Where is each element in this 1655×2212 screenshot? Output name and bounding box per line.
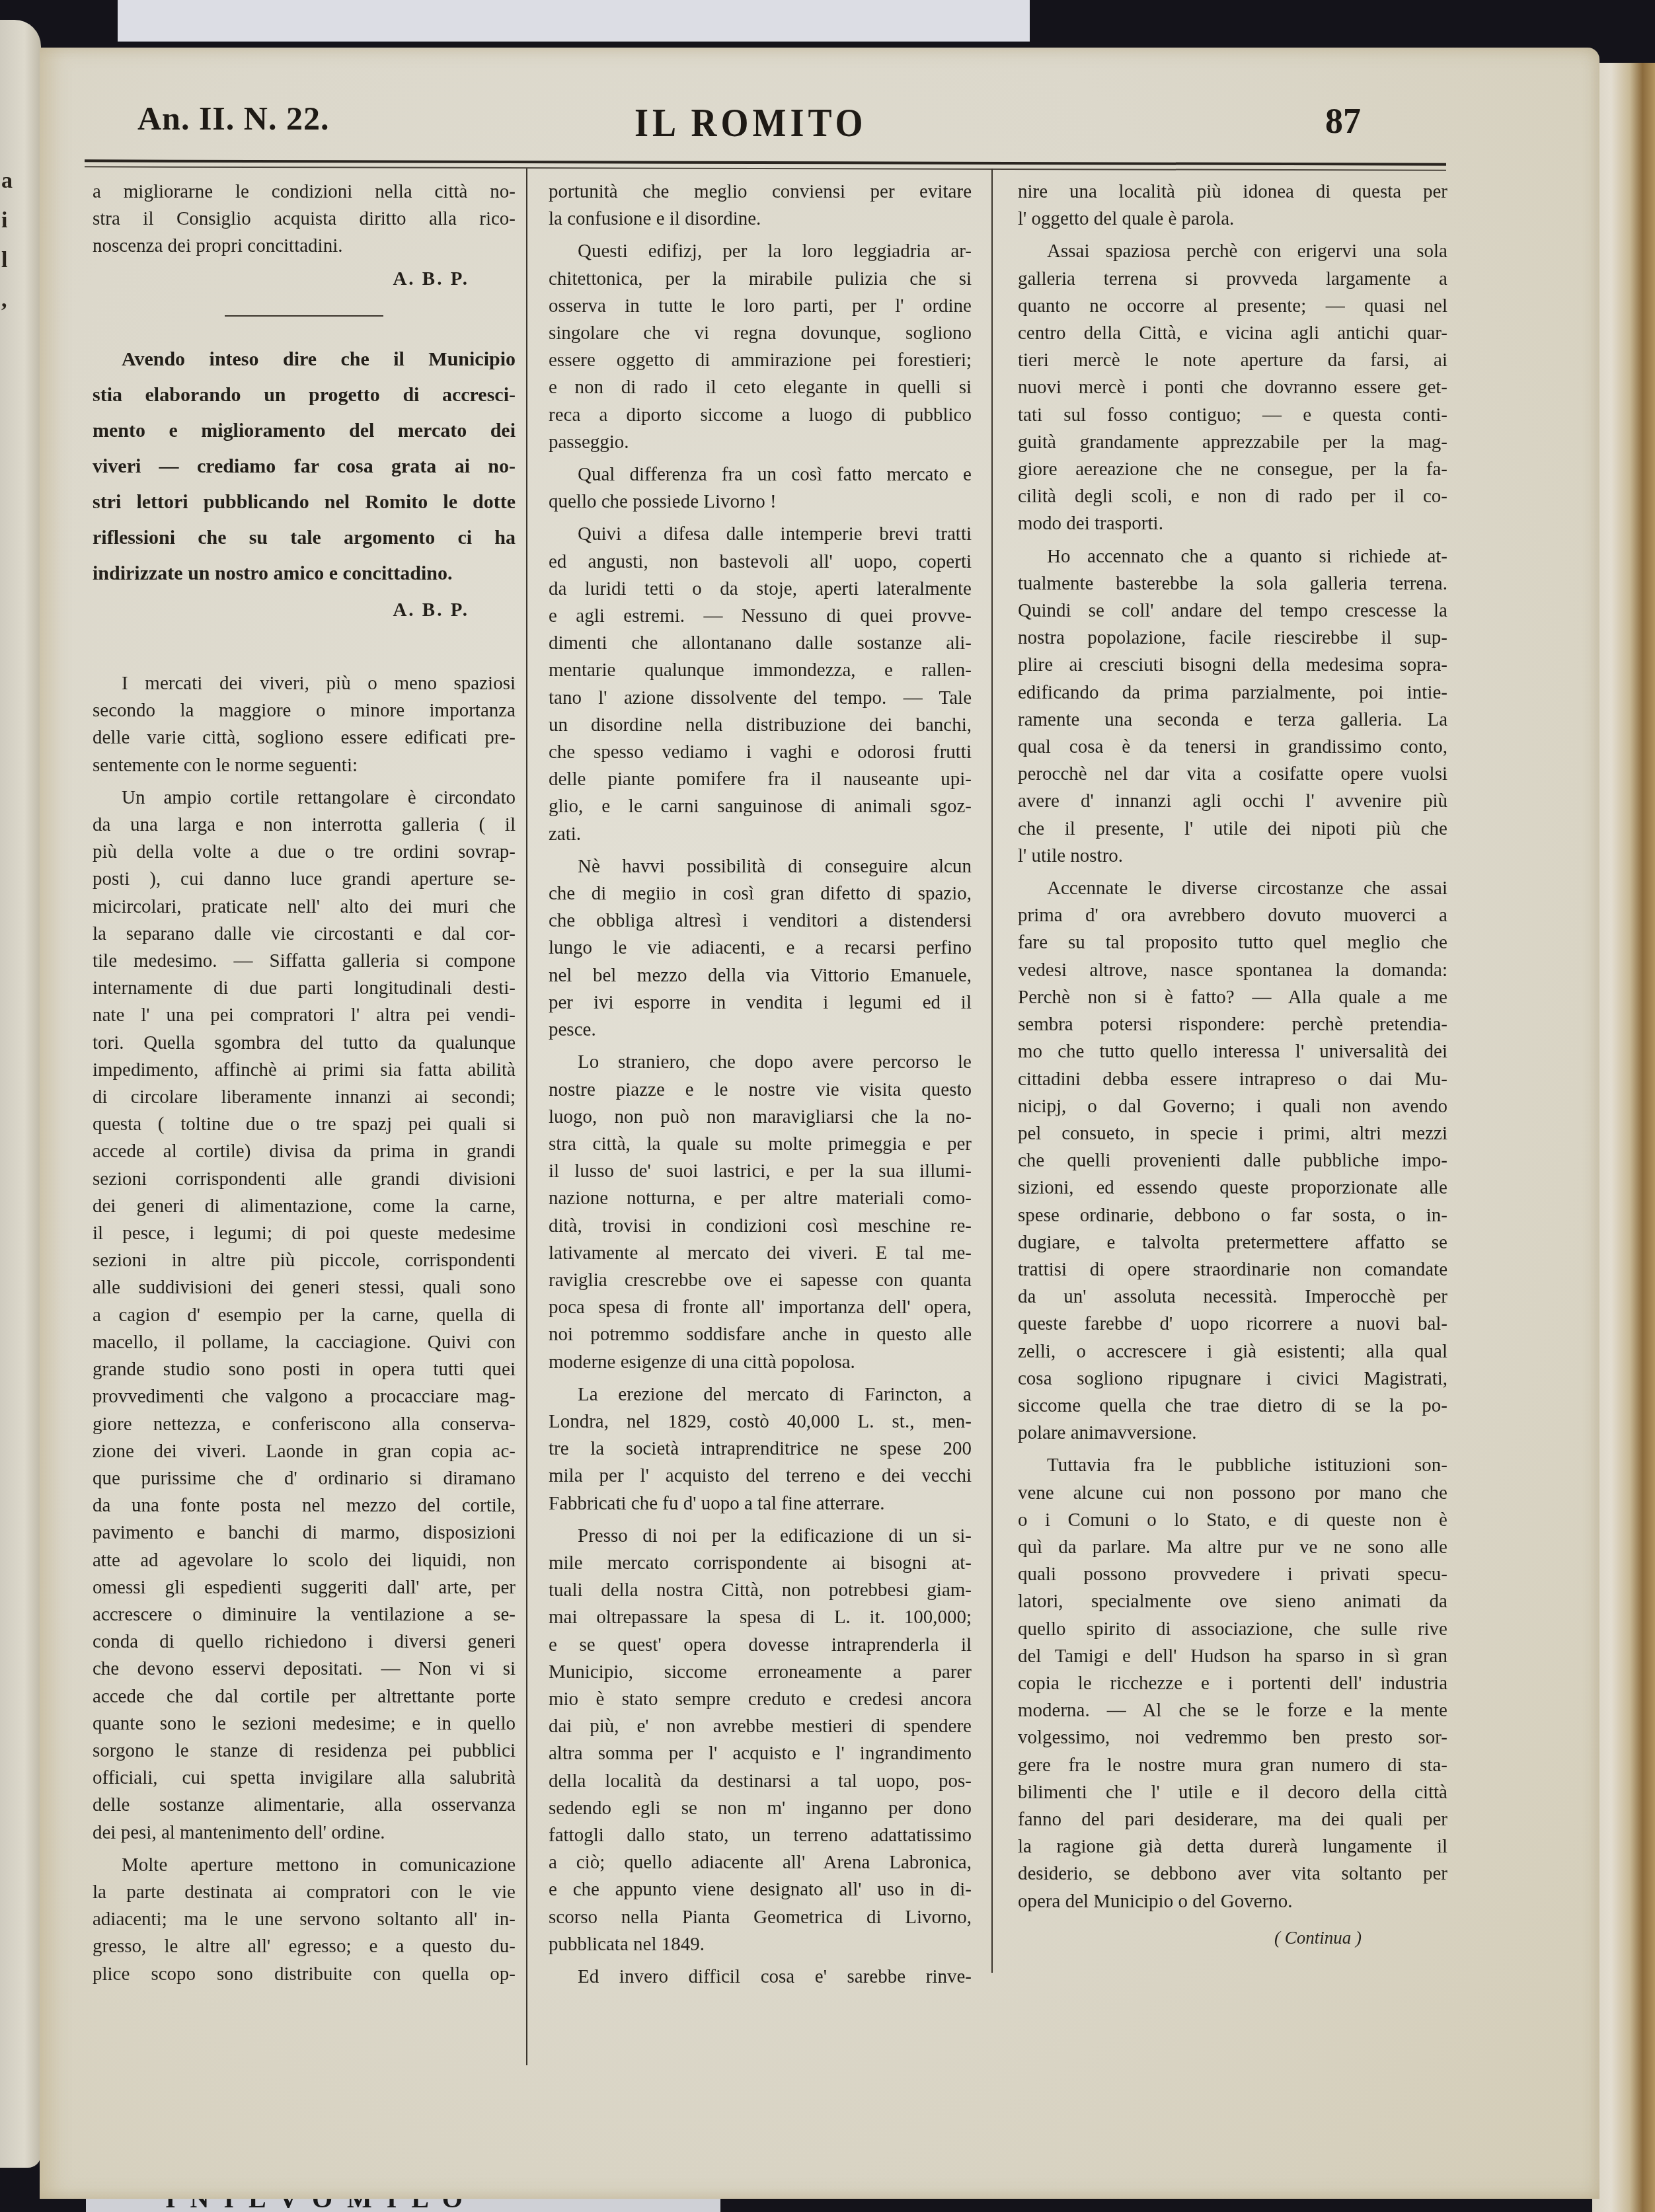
article-paragraph: Molte aperture mettono in comunicazionel…: [93, 1852, 516, 1988]
text-line: mentarie qualunque immondezza, e rallen-: [549, 657, 972, 684]
text-line: quello spirito di associazione, che sull…: [1018, 1616, 1447, 1643]
text-line: tano l' azione dissolvente del tempo. — …: [549, 685, 972, 712]
text-line: l' utile nostro.: [1018, 843, 1447, 870]
text-line: quante sono le sezioni medesime; e in qu…: [93, 1710, 516, 1737]
text-line: chitettonica, per la mirabile pulizia ch…: [549, 266, 972, 293]
text-line: a migliorarne le condizioni nella città …: [93, 178, 516, 206]
text-line: delle sostanze alimentarie, alla osserva…: [93, 1792, 516, 1819]
text-line: perocchè nel dar vita a cosifatte opere …: [1018, 761, 1447, 788]
article-paragraph: Ed invero difficil cosa e' sarebbe rinve…: [549, 1964, 972, 1991]
text-line: giore nettezza, e conferiscono alla cons…: [93, 1411, 516, 1438]
text-line: da un' assoluta necessità. Imperocchè pe…: [1018, 1283, 1447, 1311]
text-line: glio, e le carni sanguinose di animali s…: [549, 793, 972, 820]
issue-number: An. II. N. 22.: [137, 99, 329, 137]
text-line: modo dei trasporti.: [1018, 510, 1447, 537]
text-line: per ivi esporre in vendita i legumi ed i…: [549, 989, 972, 1016]
page-number: 87: [1325, 100, 1361, 141]
text-line: nuovi mercè i ponti che dovranno essere …: [1018, 374, 1447, 401]
text-line: centro della Città, e vicina agli antich…: [1018, 320, 1447, 347]
text-line: sorgono le stanze di residenza pei pubbl…: [93, 1737, 516, 1765]
text-line: mento e miglioramento del mercato dei: [93, 413, 516, 449]
masthead-double-rule: [85, 159, 1446, 171]
text-line: delle piante pomifere fra il nauseante u…: [549, 766, 972, 793]
text-line: dai più, e' non avrebbe mestieri di spen…: [549, 1713, 972, 1740]
text-line: che il presente, l' utile dei nipoti più…: [1018, 816, 1447, 843]
text-line: sedendo egli se non m' inganno per dono: [549, 1795, 972, 1822]
text-line: Quindi se coll' andare del tempo cresces…: [1018, 597, 1447, 625]
text-line: tieri mercè le note aperture da farsi, a…: [1018, 347, 1447, 374]
text-line: vene alcune cui non possono por mano che: [1018, 1480, 1447, 1507]
column-divider: [991, 169, 993, 1973]
author-signature: A. B. P.: [93, 266, 516, 293]
text-line: volgessimo, noi vedremmo ben presto sor-: [1018, 1724, 1447, 1751]
article-paragraph: a migliorarne le condizioni nella città …: [93, 178, 516, 260]
text-line: sentemente con le norme seguenti:: [93, 752, 516, 779]
text-line: Lo straniero, che dopo avere percorso le: [549, 1049, 972, 1076]
text-line: sizioni, ed essendo queste proporzionate…: [1018, 1174, 1447, 1201]
text-line: nate l' una pei compratori l' altra pei …: [93, 1002, 516, 1029]
text-line: questa ( toltine due o tre spazj pei qua…: [93, 1111, 516, 1138]
text-line: grande studio sono posti in opera tutti …: [93, 1356, 516, 1383]
continued-notice: ( Continua ): [1018, 1925, 1447, 1952]
text-line: ed angusti, non bastevoli all' uopo, cop…: [549, 549, 972, 576]
author-signature: A. B. P.: [93, 597, 516, 624]
text-line: edificando da prima parzialmente, poi in…: [1018, 679, 1447, 706]
text-line: la confusione e il disordine.: [549, 206, 972, 233]
text-line: da una larga e non interrotta galleria (…: [93, 812, 516, 839]
text-line: viveri — crediamo far cosa grata ai no-: [93, 449, 516, 484]
text-line: Nè havvi possibilità di conseguire alcun: [549, 853, 972, 880]
text-line: e se quest' opera dovesse intraprenderla…: [549, 1632, 972, 1659]
text-line: mile mercato corrispondente ai bisogni a…: [549, 1550, 972, 1577]
text-line: omessi gli espedienti suggeriti dall' ar…: [93, 1574, 516, 1601]
text-line: atte ad agevolare lo scolo dei liquidi, …: [93, 1547, 516, 1574]
text-line: posti ), cui danno luce grandi aperture …: [93, 866, 516, 893]
text-line: indirizzate un nostro amico e concittadi…: [93, 556, 516, 591]
text-line: nostre piazze e le nostre vie visita que…: [549, 1077, 972, 1104]
text-line: un disordine nella distribuzione dei ban…: [549, 712, 972, 739]
text-line: polare animavversione.: [1018, 1420, 1447, 1447]
text-line: opera del Municipio o del Governo.: [1018, 1888, 1447, 1915]
facing-page-fragment: a: [1, 169, 13, 194]
facing-page-fragment: i: [1, 208, 7, 233]
text-line: moderna. — Al che se le forze e la mente: [1018, 1697, 1447, 1724]
text-line: tuali della nostra Città, non potrebbesi…: [549, 1577, 972, 1604]
text-line: pesce.: [549, 1016, 972, 1044]
text-line: mio è stato sempre creduto e credesi anc…: [549, 1686, 972, 1713]
text-line: fare su tal proposito tutto quel meglio …: [1018, 929, 1447, 956]
text-line: noi potremmo soddisfare anche in questo …: [549, 1321, 972, 1348]
text-line: luogo, non può non maravigliarsi che la …: [549, 1104, 972, 1131]
text-line: accede che dal cortile per altrettante p…: [93, 1683, 516, 1710]
text-line: poca spesa di fronte all' importanza del…: [549, 1294, 972, 1321]
text-line: quali possono provvedere i privati specu…: [1018, 1561, 1447, 1588]
text-line: stra città, la quale su molte primeggia …: [549, 1131, 972, 1158]
text-line: Ed invero difficil cosa e' sarebbe rinve…: [549, 1964, 972, 1991]
text-line: Avendo inteso dire che il Municipio: [93, 342, 516, 377]
column-2: portunità che meglio conviensi per evita…: [549, 178, 972, 1996]
facing-page-edge: a i l ,: [0, 20, 41, 2168]
text-line: internamente di due parti longitudinali …: [93, 975, 516, 1002]
text-line: e che appunto viene designato all' uso i…: [549, 1876, 972, 1903]
article-paragraph: I mercati dei viveri, più o meno spazios…: [93, 670, 516, 779]
text-line: che obbliga altresì i venditori a disten…: [549, 907, 972, 934]
text-line: singolare che vi regna dovunque, soglion…: [549, 320, 972, 347]
text-line: dugiare, e talvolta pretermettere affatt…: [1018, 1229, 1447, 1256]
text-line: il lusso de' suoi lastrici, e per la sua…: [549, 1158, 972, 1185]
text-line: tile medesimo. — Siffatta galleria si co…: [93, 948, 516, 975]
text-line: gresso, le altre all' egresso; e a quest…: [93, 1933, 516, 1960]
text-line: portunità che meglio conviensi per evita…: [549, 178, 972, 206]
text-line: galleria terrena si provveda largamente …: [1018, 266, 1447, 293]
text-line: quì da parlare. Ma altre pur ve ne sono …: [1018, 1534, 1447, 1561]
facing-page-fragment: ,: [1, 287, 7, 313]
text-line: e agli estremi. — Nessuno di quei provve…: [549, 603, 972, 630]
text-line: zati.: [549, 821, 972, 848]
text-line: Fabbricati che fu d' uopo a tal fine att…: [549, 1490, 972, 1517]
text-line: da una fonte posta nel mezzo del cortile…: [93, 1492, 516, 1519]
text-line: cosa sogliono ripugnare i civici Magistr…: [1018, 1365, 1447, 1392]
text-line: trattisi di opere straordinarie non coma…: [1018, 1256, 1447, 1283]
text-line: da luridi tetti o da stoje, aperti later…: [549, 576, 972, 603]
text-line: secondo la maggiore o minore importanza: [93, 697, 516, 724]
text-line: lativamente al mercato dei viveri. E tal…: [549, 1240, 972, 1267]
text-line: zione dei viveri. Laonde in gran copia a…: [93, 1438, 516, 1465]
text-line: nel bel mezzo della via Vittorio Emanuel…: [549, 962, 972, 989]
text-line: cittadini debba essere intrapreso o dai …: [1018, 1066, 1447, 1093]
text-line: desiderio, se debbono aver vita soltanto…: [1018, 1860, 1447, 1888]
text-line: plire ai cresciuti bisogni della medesim…: [1018, 652, 1447, 679]
text-line: giore aereazione che ne consegue, per la…: [1018, 456, 1447, 483]
text-line: officiali, cui spetta invigilare alla sa…: [93, 1765, 516, 1792]
text-line: mai oltrepassare la spesa di L. it. 100,…: [549, 1604, 972, 1631]
text-line: Tuttavia fra le pubbliche istituzioni so…: [1018, 1452, 1447, 1479]
text-line: noscenza dei propri concittadini.: [93, 233, 516, 260]
text-line: lungo le vie adiacenti, e a recarsi perf…: [549, 934, 972, 962]
text-line: la parte destinata ai compratori con le …: [93, 1879, 516, 1906]
text-line: avere d' innanzi agli occhi l' avvenire …: [1018, 788, 1447, 815]
text-line: I mercati dei viveri, più o meno spazios…: [93, 670, 516, 697]
article-paragraph: La erezione del mercato di Farincton, aL…: [549, 1381, 972, 1517]
text-line: Ho accennato che a quanto si richiede at…: [1018, 543, 1447, 570]
editorial-intro-paragraph: Avendo inteso dire che il Municipiostia …: [93, 342, 516, 591]
text-line: fattogli dallo stato, un terreno adattat…: [549, 1822, 972, 1849]
article-paragraph: Qual differenza fra un così fatto mercat…: [549, 461, 972, 515]
text-line: guità grandamente apprezzabile per la ma…: [1018, 429, 1447, 456]
text-line: Municipio, siccome erroneamente a parer: [549, 1659, 972, 1686]
masthead: An. II. N. 22. IL ROMITO 87: [40, 99, 1599, 152]
text-line: Quivi a difesa dalle intemperie brevi tr…: [549, 521, 972, 548]
article-paragraph: Quivi a difesa dalle intemperie brevi tr…: [549, 521, 972, 847]
text-line: sembra potersi rispondere: perchè preten…: [1018, 1011, 1447, 1038]
text-line: della località da destinarsi a tal uopo,…: [549, 1768, 972, 1795]
article-paragraph: Presso di noi per la edificazione di un …: [549, 1523, 972, 1958]
article-paragraph: Un ampio cortile rettangolare è circonda…: [93, 784, 516, 1847]
text-line: Accennate le diverse circostanze che ass…: [1018, 875, 1447, 902]
article-paragraph: nire una località più idonea di questa p…: [1018, 178, 1447, 233]
text-line: vedesi altrove, nasce spontanea la doman…: [1018, 957, 1447, 984]
text-line: cilità degli scoli, e non di rado per il…: [1018, 483, 1447, 510]
text-line: a ciò; quello adiacente all' Arena Labro…: [549, 1849, 972, 1876]
article-paragraph: portunità che meglio conviensi per evita…: [549, 178, 972, 233]
article-paragraph: Lo straniero, che dopo avere percorso le…: [549, 1049, 972, 1375]
text-line: Perchè non si è fatto? — Alla quale a me: [1018, 984, 1447, 1011]
text-line: più della volte a due o tre ordini sovra…: [93, 839, 516, 866]
text-line: fanno del pari desiderare, ma dei quali …: [1018, 1806, 1447, 1833]
text-line: quello che possiede Livorno !: [549, 488, 972, 515]
text-line: tre la società intraprenditrice ne spese…: [549, 1435, 972, 1463]
text-line: dimenti che allontanano dalle sostanze a…: [549, 630, 972, 657]
text-line: pavimento e banchi di marmo, disposizion…: [93, 1519, 516, 1546]
column-3: nire una località più idonea di questa p…: [1018, 178, 1447, 1952]
text-line: sezioni in altre più piccole, corrispond…: [93, 1247, 516, 1274]
text-line: impedimento, affinchè ai primi sia fatta…: [93, 1057, 516, 1084]
text-line: il pesce, i legumi; di poi queste medesi…: [93, 1220, 516, 1247]
text-line: e non di rado il ceto elegante in quelli…: [549, 374, 972, 401]
text-line: essere oggetto di ammirazione pei forest…: [549, 347, 972, 374]
text-line: che devono esservi depositati. — Non vi …: [93, 1656, 516, 1683]
text-line: tori. Quella sgombra del tutto da qualun…: [93, 1030, 516, 1057]
text-line: plice scopo sono distribuite con quella …: [93, 1961, 516, 1988]
text-line: che di megiio in così gran difetto di sp…: [549, 880, 972, 907]
text-line: la ragione già detta durerà lungamente i…: [1018, 1833, 1447, 1860]
text-line: qual cosa è da tenersi in grandissimo co…: [1018, 734, 1447, 761]
text-line: moderne esigenze di una città popolosa.: [549, 1349, 972, 1376]
text-line: nazione notturna, e per altre materiali …: [549, 1185, 972, 1212]
book-page-edges: [1592, 63, 1655, 2212]
background-paper-scrap: [118, 0, 1030, 42]
text-line: alle suddivisioni dei generi stessi, qua…: [93, 1274, 516, 1301]
article-paragraph: Ho accennato che a quanto si richiede at…: [1018, 543, 1447, 870]
text-line: o i Comuni o lo Stato, e di queste non è: [1018, 1507, 1447, 1534]
text-line: provvedimenti che valgono a procacciare …: [93, 1383, 516, 1410]
column-1: a migliorarne le condizioni nella città …: [93, 178, 516, 1993]
article-paragraph: Accennate le diverse circostanze che ass…: [1018, 875, 1447, 1447]
text-line: dità, trovisi in condizioni così meschin…: [549, 1213, 972, 1240]
text-line: passeggio.: [549, 429, 972, 456]
article-paragraph: Questi edifizj, per la loro leggiadria a…: [549, 238, 972, 456]
text-line: reca a diporto siccome a luogo di pubbli…: [549, 402, 972, 429]
text-line: que purissime che d' ordinario si dirama…: [93, 1465, 516, 1492]
text-line: conda di quello richiedono i diversi gen…: [93, 1628, 516, 1656]
article-paragraph: Assai spaziosa perchè con erigervi una s…: [1018, 238, 1447, 537]
text-line: che spesso vediamo i vaghi e odorosi fru…: [549, 739, 972, 766]
text-line: a cagion d' esempio per la carne, quella…: [93, 1302, 516, 1329]
text-line: macello, il pollame, la cacciagione. Qui…: [93, 1329, 516, 1356]
text-line: quanto ne occorre al presente; — quasi n…: [1018, 293, 1447, 320]
text-line: La erezione del mercato di Farincton, a: [549, 1381, 972, 1408]
text-line: altra somma per l' acquisto e l' ingrand…: [549, 1740, 972, 1767]
text-line: tualmente basterebbe la sola galleria te…: [1018, 570, 1447, 597]
text-line: Presso di noi per la edificazione di un …: [549, 1523, 972, 1550]
newspaper-title: IL ROMITO: [635, 99, 867, 146]
text-line: del Tamigi e dell' Hudson ha sparso in s…: [1018, 1643, 1447, 1670]
text-line: dei generi di alimentazione, come la car…: [93, 1193, 516, 1220]
text-line: micircolari, praticate nell' alto dei mu…: [93, 894, 516, 921]
text-line: stia elaborando un progetto di accresci-: [93, 377, 516, 413]
text-line: dei pesi, al mantenimento dell' ordine.: [93, 1819, 516, 1847]
text-line: copia le ricchezze e i portenti dell' in…: [1018, 1670, 1447, 1697]
text-line: pel consueto, in specie i primi, altri m…: [1018, 1120, 1447, 1147]
text-line: adiacenti; ma le une servono soltanto al…: [93, 1906, 516, 1933]
text-line: riflessioni che su tale argomento ci ha: [93, 520, 516, 556]
article-paragraph: Tuttavia fra le pubbliche istituzioni so…: [1018, 1452, 1447, 1915]
text-line: latori, specialmente ove sieno animati d…: [1018, 1588, 1447, 1615]
text-line: Qual differenza fra un così fatto mercat…: [549, 461, 972, 488]
text-line: gere fra le nostre mura gran numero di s…: [1018, 1752, 1447, 1779]
text-line: Un ampio cortile rettangolare è circonda…: [93, 784, 516, 812]
text-line: osserva in tutte le loro parti, per l' o…: [549, 293, 972, 320]
text-line: Molte aperture mettono in comunicazione: [93, 1852, 516, 1879]
text-line: l' oggetto del quale è parola.: [1018, 206, 1447, 233]
text-line: nostra popolazione, facile riescirebbe i…: [1018, 625, 1447, 652]
text-line: accede al cortile) divisa da prima in gr…: [93, 1138, 516, 1165]
text-line: stra il Consiglio acquista diritto alla …: [93, 206, 516, 233]
text-line: zelli, o accrescere i già esistenti; all…: [1018, 1338, 1447, 1365]
article-paragraph: Nè havvi possibilità di conseguire alcun…: [549, 853, 972, 1044]
text-line: nicipj, o dal Governo; i quali non avend…: [1018, 1093, 1447, 1120]
text-line: Questi edifizj, per la loro leggiadria a…: [549, 238, 972, 265]
text-line: mo che tutto quello interessa l' univers…: [1018, 1038, 1447, 1065]
column-divider: [526, 169, 527, 2065]
text-line: siccome quella che trae dietro di se la …: [1018, 1392, 1447, 1420]
spacer: [93, 630, 516, 670]
text-line: bilimenti che l' utile e il decoro della…: [1018, 1779, 1447, 1806]
text-line: la separano dalle vie circostanti e dal …: [93, 921, 516, 948]
text-line: spese ordinarie, debbono o far sosta, o …: [1018, 1202, 1447, 1229]
facing-page-fragment: l: [1, 248, 7, 273]
text-line: accrescere o diminuire la ventilazione a…: [93, 1601, 516, 1628]
text-line: mila per l' acquisto del terreno e dei v…: [549, 1463, 972, 1490]
newspaper-page: An. II. N. 22. IL ROMITO 87 a migliorarn…: [40, 48, 1599, 2199]
text-line: Assai spaziosa perchè con erigervi una s…: [1018, 238, 1447, 265]
text-line: ramente una seconda e terza galleria. La: [1018, 706, 1447, 734]
text-line: pubblicata nel 1849.: [549, 1931, 972, 1958]
text-line: di circolare liberamente innanzi ai seco…: [93, 1084, 516, 1111]
text-line: Londra, nel 1829, costò 40,000 L. st., m…: [549, 1408, 972, 1435]
text-line: stri lettori pubblicando nel Romito le d…: [93, 484, 516, 520]
text-line: prima d' ora avrebbero dovuto muoverci a: [1018, 902, 1447, 929]
text-line: scorso nella Pianta Geometrica di Livorn…: [549, 1904, 972, 1931]
text-line: che quelli provenienti dalle pubbliche i…: [1018, 1147, 1447, 1174]
text-line: nire una località più idonea di questa p…: [1018, 178, 1447, 206]
text-line: sezioni corrispondenti alle grandi divis…: [93, 1166, 516, 1193]
text-line: raviglia crescrebbe ove ei sapesse con q…: [549, 1267, 972, 1294]
text-line: tati sul fosso contiguo; — e questa cont…: [1018, 402, 1447, 429]
text-line: delle varie città, sogliono essere edifi…: [93, 724, 516, 751]
section-separator: [225, 315, 383, 317]
text-line: queste farebbe d' uopo ricorrere a nuovi…: [1018, 1311, 1447, 1338]
